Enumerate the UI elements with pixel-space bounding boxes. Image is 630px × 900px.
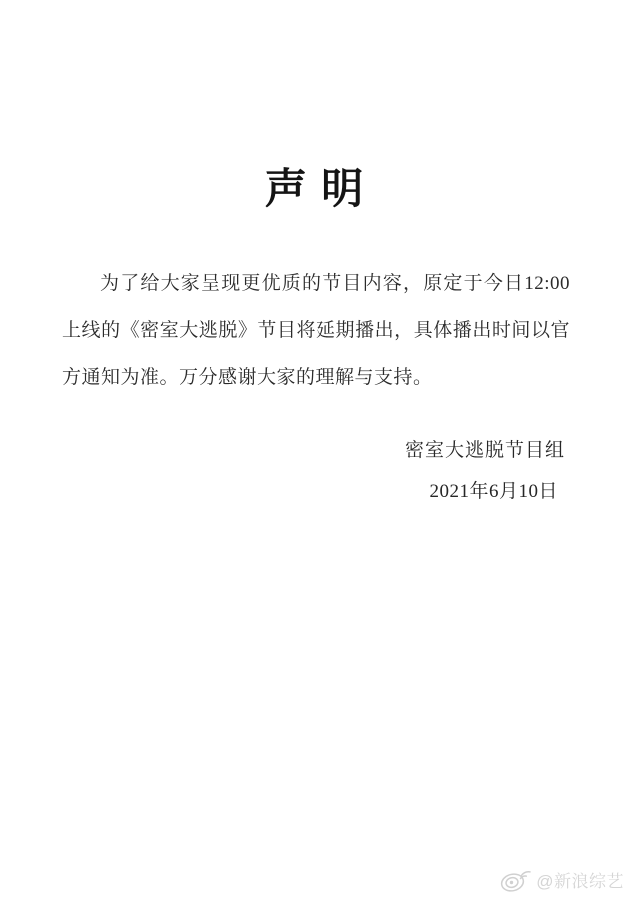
statement-content: 声 明 为了给大家呈现更优质的节目内容，原定于今日12:00 上线的《密室大逃脱… <box>0 0 630 506</box>
statement-body: 为了给大家呈现更优质的节目内容，原定于今日12:00 上线的《密室大逃脱》节目将… <box>62 260 570 401</box>
statement-page: 声 明 为了给大家呈现更优质的节目内容，原定于今日12:00 上线的《密室大逃脱… <box>0 0 630 900</box>
watermark-handle: @新浪综艺 <box>536 867 624 892</box>
signature-block: 密室大逃脱节目组 2021年6月10日 <box>0 437 630 506</box>
signature: 密室大逃脱节目组 <box>0 437 565 465</box>
statement-line-3: 方通知为准。万分感谢大家的理解与支持。 <box>62 354 570 401</box>
weibo-icon <box>499 864 533 894</box>
statement-line-1: 为了给大家呈现更优质的节目内容，原定于今日12:00 <box>62 260 570 307</box>
statement-date: 2021年6月10日 <box>0 478 565 506</box>
page-title: 声 明 <box>0 166 630 214</box>
watermark: @新浪综艺 <box>499 864 624 894</box>
statement-line-2: 上线的《密室大逃脱》节目将延期播出，具体播出时间以官 <box>62 307 570 354</box>
